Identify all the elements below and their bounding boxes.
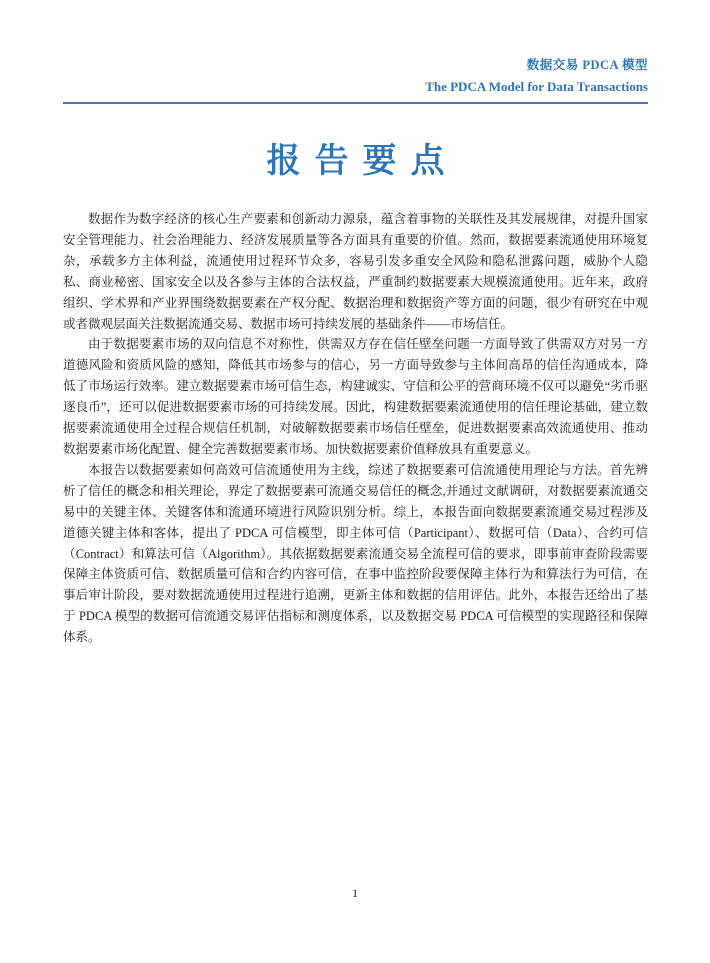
page-footer: 1 [0,884,710,902]
header-title-zh: 数据交易 PDCA 模型 [63,55,648,73]
report-body: 数据作为数字经济的核心生产要素和创新动力源泉，蕴含着事物的关联性及其发展规律，对… [63,209,648,648]
page-header: 数据交易 PDCA 模型 The PDCA Model for Data Tra… [63,55,648,104]
page-number: 1 [352,886,358,900]
paragraph: 本报告以数据要素如何高效可信流通使用为主线，综述了数据要素可信流通使用理论与方法… [63,460,648,648]
header-title-en: The PDCA Model for Data Transactions [63,79,648,95]
paragraph: 数据作为数字经济的核心生产要素和创新动力源泉，蕴含着事物的关联性及其发展规律，对… [63,209,648,334]
paragraph: 由于数据要素市场的双向信息不对称性，供需双方存在信任壁垒问题一方面导致了供需双方… [63,334,648,459]
page-title: 报告要点 [63,133,648,182]
document-page: 数据交易 PDCA 模型 The PDCA Model for Data Tra… [0,0,710,963]
